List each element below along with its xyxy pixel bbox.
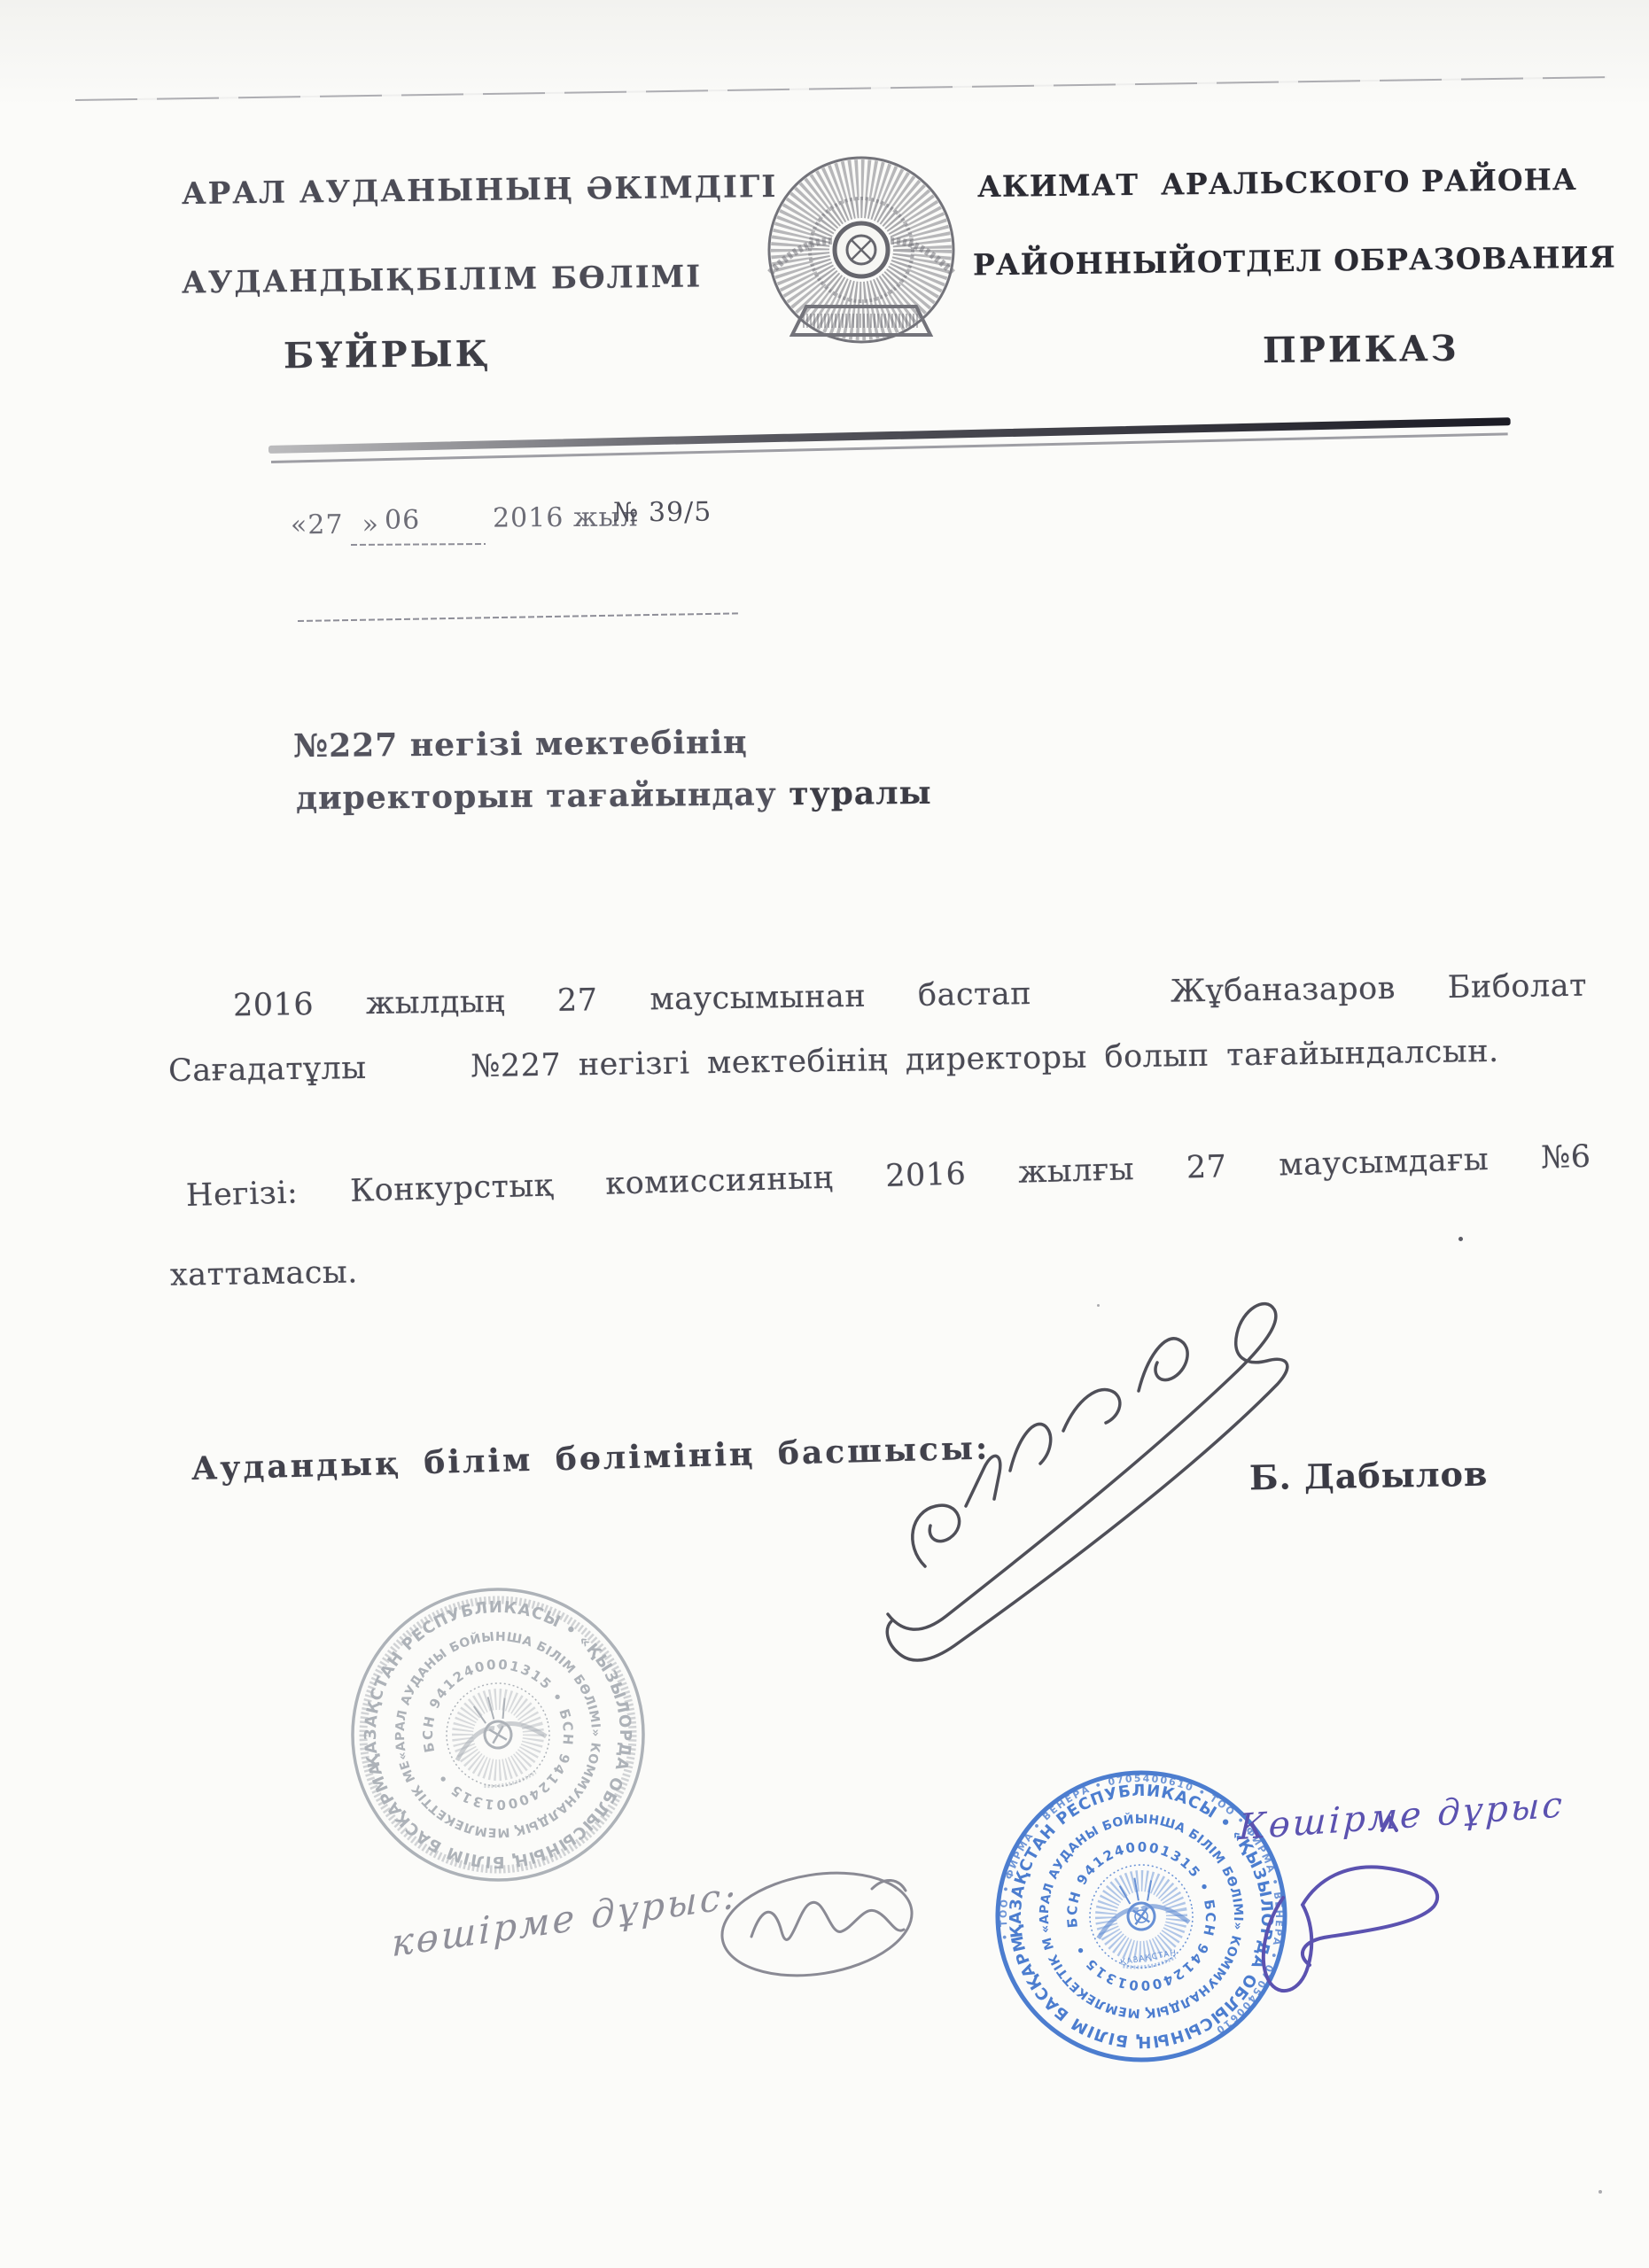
subject-line-2-main: директорын тағайындау [296, 775, 789, 817]
ink-speck-1 [1458, 1237, 1463, 1241]
org-name-ru-line1: АКИМАТ АРАЛЬСКОГО РАЙОНА [977, 163, 1577, 204]
scan-shading [0, 0, 1649, 106]
date-month: 06 [385, 506, 420, 537]
subject-line-1: №227 негізі мектебінің [293, 725, 748, 765]
kazakhstan-state-emblem-icon [762, 147, 961, 353]
blank-underline [298, 612, 738, 622]
org-name-kk-line1: АРАЛ АУДАНЫНЫҢ ӘКІМДІГІ [182, 170, 778, 212]
org-name-kk-line2: АУДАНДЫҚБІЛІМ БӨЛІМІ [182, 260, 703, 300]
signature-label: Аудандық білім бөлімінің басшысы: [191, 1430, 990, 1487]
subject-line-2-emphasis: туралы [789, 774, 932, 812]
body-paragraph-1-line-1: 2016 жылдың 27 маусымынан бастап Жұбаназ… [233, 968, 1587, 1024]
body-paragraph-2-line-1: Негізі: Конкурстық комиссияның 2016 жылғ… [185, 1139, 1591, 1215]
body-paragraph-1-line-2: Сағадатұлы №227 негізгі мектебінің дирек… [168, 1034, 1499, 1090]
date-month-underline [351, 543, 486, 546]
doc-type-kk: БҰЙРЫҚ [284, 334, 492, 377]
org-name-ru-line2: РАЙОННЫЙОТДЕЛ ОБРАЗОВАНИЯ [973, 241, 1616, 283]
blue-stamp-center-emblem: ҚАЗАҚСТАН [1082, 1857, 1201, 1976]
subject-line-2: директорын тағайындау туралы [296, 775, 932, 818]
gray-copy-signature-circled [715, 1860, 920, 1988]
round-stamp-gray: ҚАЗАҚСТАН РЕСПУБЛИКАСЫ • «ҚЫЗЫЛОРДА ОБЛЫ… [344, 1581, 652, 1889]
date-day: «27 » [291, 510, 379, 541]
scanned-order-document: АРАЛ АУДАНЫНЫҢ ӘКІМДІГІ АУДАНДЫҚБІЛІМ БӨ… [0, 0, 1649, 2268]
signature-name: Б. Дабылов [1249, 1455, 1489, 1497]
doc-number: № 39/5 [613, 498, 712, 529]
ink-speck-3 [1598, 2190, 1602, 2194]
body-paragraph-2-line-2: хаттамасы. [170, 1254, 358, 1293]
doc-type-ru: ПРИКАЗ [1263, 329, 1459, 371]
director-signature-scribble [887, 1304, 1287, 1660]
ink-speck-2 [1097, 1304, 1100, 1307]
